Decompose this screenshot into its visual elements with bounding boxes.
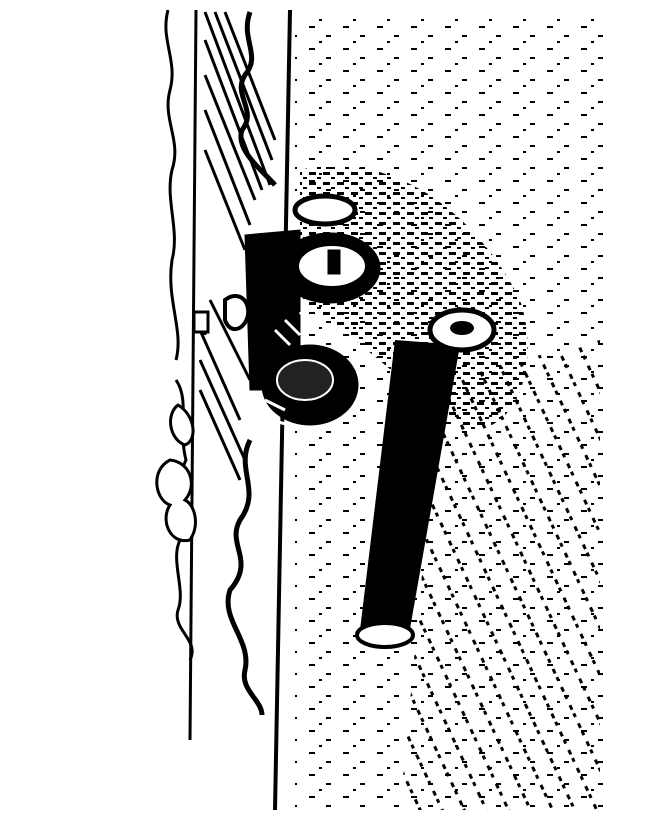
horizon-line xyxy=(190,10,196,740)
hills xyxy=(166,10,192,660)
tractor-field-illustration xyxy=(0,0,670,820)
trees xyxy=(157,312,208,541)
